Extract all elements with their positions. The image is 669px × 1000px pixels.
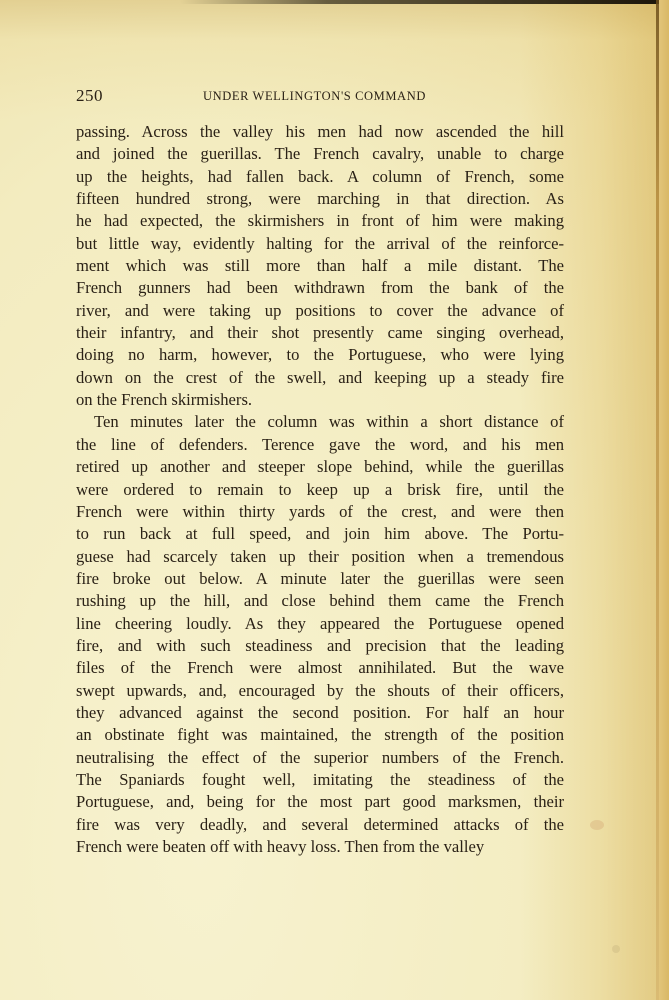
body-text: passing. Across the valley his men had n… <box>76 121 564 858</box>
text-line: swept upwards, and, encouraged by the sh… <box>76 680 564 702</box>
text-line: river, and were taking up positions to c… <box>76 300 564 322</box>
text-line: Portuguese, and, being for the most part… <box>76 791 564 813</box>
text-line: fire was very deadly, and several determ… <box>76 814 564 836</box>
text-line: retired up another and steeper slope beh… <box>76 456 564 478</box>
paper-stain <box>612 945 620 953</box>
paragraph: passing. Across the valley his men had n… <box>76 121 564 411</box>
paragraph: Ten minutes later the column was within … <box>76 411 564 858</box>
running-head: Under Wellington's Command <box>203 89 426 104</box>
page-number: 250 <box>76 86 103 106</box>
text-line: an obstinate fight was maintained, the s… <box>76 724 564 746</box>
paper-stain <box>590 820 604 830</box>
text-line: neutralising the effect of the superior … <box>76 747 564 769</box>
text-line: their infantry, and their shot presently… <box>76 322 564 344</box>
text-line: to run back at full speed, and join him … <box>76 523 564 545</box>
text-line: rushing up the hill, and close behind th… <box>76 590 564 612</box>
text-line: fire, and with such steadiness and preci… <box>76 635 564 657</box>
text-line: French were beaten off with heavy loss. … <box>76 836 564 858</box>
text-line: doing no harm, however, to the Portugues… <box>76 344 564 366</box>
next-page-edge <box>659 0 669 1000</box>
text-line: and joined the guerillas. The French cav… <box>76 143 564 165</box>
text-line: the line of defenders. Terence gave the … <box>76 434 564 456</box>
text-line: fire broke out below. A minute later the… <box>76 568 564 590</box>
text-line: but little way, evidently halting for th… <box>76 233 564 255</box>
page-header: 250 Under Wellington's Command <box>76 86 566 108</box>
text-line: fifteen hundred strong, were marching in… <box>76 188 564 210</box>
page-top-edge-shadow <box>180 0 669 4</box>
text-line: down on the crest of the swell, and keep… <box>76 367 564 389</box>
text-line: Ten minutes later the column was within … <box>76 411 564 433</box>
text-line: French gunners had been withdrawn from t… <box>76 277 564 299</box>
text-line: were ordered to remain to keep up a bris… <box>76 479 564 501</box>
text-line: files of the French were almost annihila… <box>76 657 564 679</box>
text-line: up the heights, had fallen back. A colum… <box>76 166 564 188</box>
text-line: guese had scarcely taken up their positi… <box>76 546 564 568</box>
text-line: they advanced against the second positio… <box>76 702 564 724</box>
text-line: ment which was still more than half a mi… <box>76 255 564 277</box>
text-line: passing. Across the valley his men had n… <box>76 121 564 143</box>
text-line: French were within thirty yards of the c… <box>76 501 564 523</box>
text-line: on the French skirmishers. <box>76 389 564 411</box>
text-line: he had expected, the skirmishers in fron… <box>76 210 564 232</box>
book-page: 250 Under Wellington's Command passing. … <box>0 0 669 1000</box>
text-line: The Spaniards fought well, imitating the… <box>76 769 564 791</box>
text-line: line cheering loudly. As they appeared t… <box>76 613 564 635</box>
